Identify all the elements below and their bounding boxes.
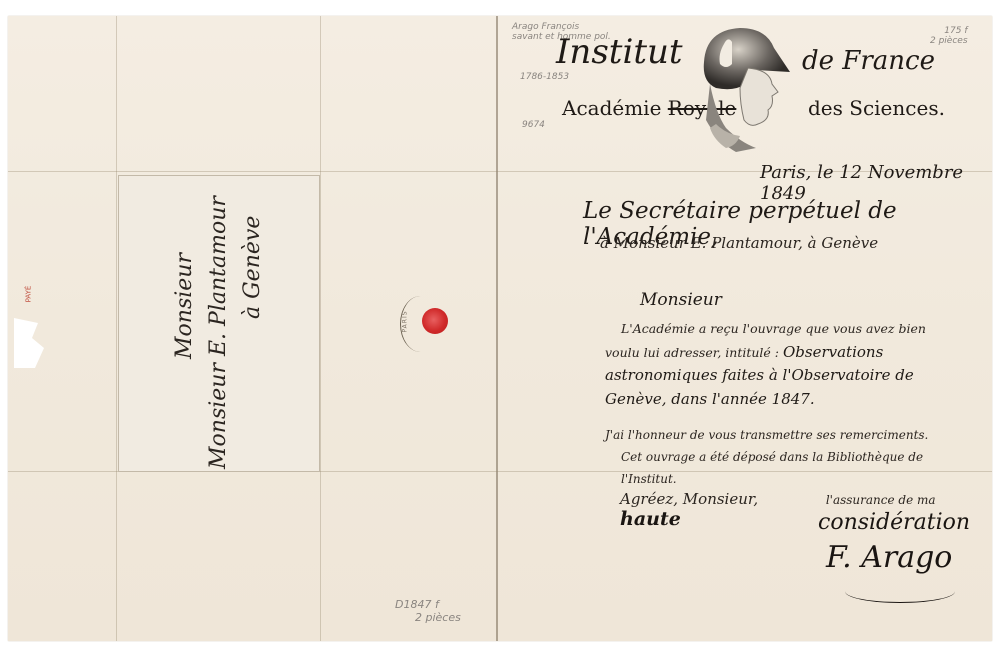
pencil-note-bottom: D1847 f 2 pièces — [395, 598, 461, 624]
letter-paragraph-2: J'ai l'honneur de vous transmettre ses r… — [605, 424, 945, 446]
scan-background — [0, 0, 1000, 16]
wax-seal-icon — [422, 308, 448, 334]
pencil-note-dates: 1786-1853 — [520, 72, 569, 82]
marianne-vignette-icon — [696, 24, 792, 154]
address-panel: Monsieur Monsieur E. Plantamour à Genève — [118, 175, 320, 472]
fold-line — [320, 16, 321, 641]
signature: F. Arago — [826, 540, 952, 575]
letter-paragraph-3: Cet ouvrage a été déposé dans la Bibliot… — [605, 446, 945, 490]
fold-line — [116, 16, 117, 641]
paid-postmark: PAYÉ — [24, 286, 32, 303]
letterhead-des-sciences: des Sciences. — [808, 96, 945, 120]
address-line: Monsieur E. Plantamour — [202, 179, 236, 469]
letter-paragraphs: J'ai l'honneur de vous transmettre ses r… — [605, 424, 945, 490]
postmark-and-seal: PARIS — [400, 290, 470, 360]
address-line: à Genève — [236, 179, 270, 469]
address-line: Monsieur — [168, 179, 202, 469]
recipient-line: à Monsieur E. Plantamour, à Genève — [600, 234, 878, 252]
pencil-note-number: 9674 — [522, 120, 545, 130]
address-block: Monsieur Monsieur E. Plantamour à Genève — [168, 179, 270, 469]
postmark-text: PARIS — [402, 310, 409, 332]
center-fold — [496, 16, 498, 641]
salutation: Monsieur — [640, 290, 722, 310]
letter-paragraph-1: L'Académie a reçu l'ouvrage que vous ave… — [605, 318, 945, 411]
letterhead-institut: Institut — [556, 32, 683, 72]
pencil-note-price: 175 f 2 pièces — [930, 26, 968, 46]
closing-consideration: considération — [818, 510, 970, 535]
signature-flourish — [845, 580, 955, 603]
letterhead-de-france: de France — [802, 46, 935, 76]
